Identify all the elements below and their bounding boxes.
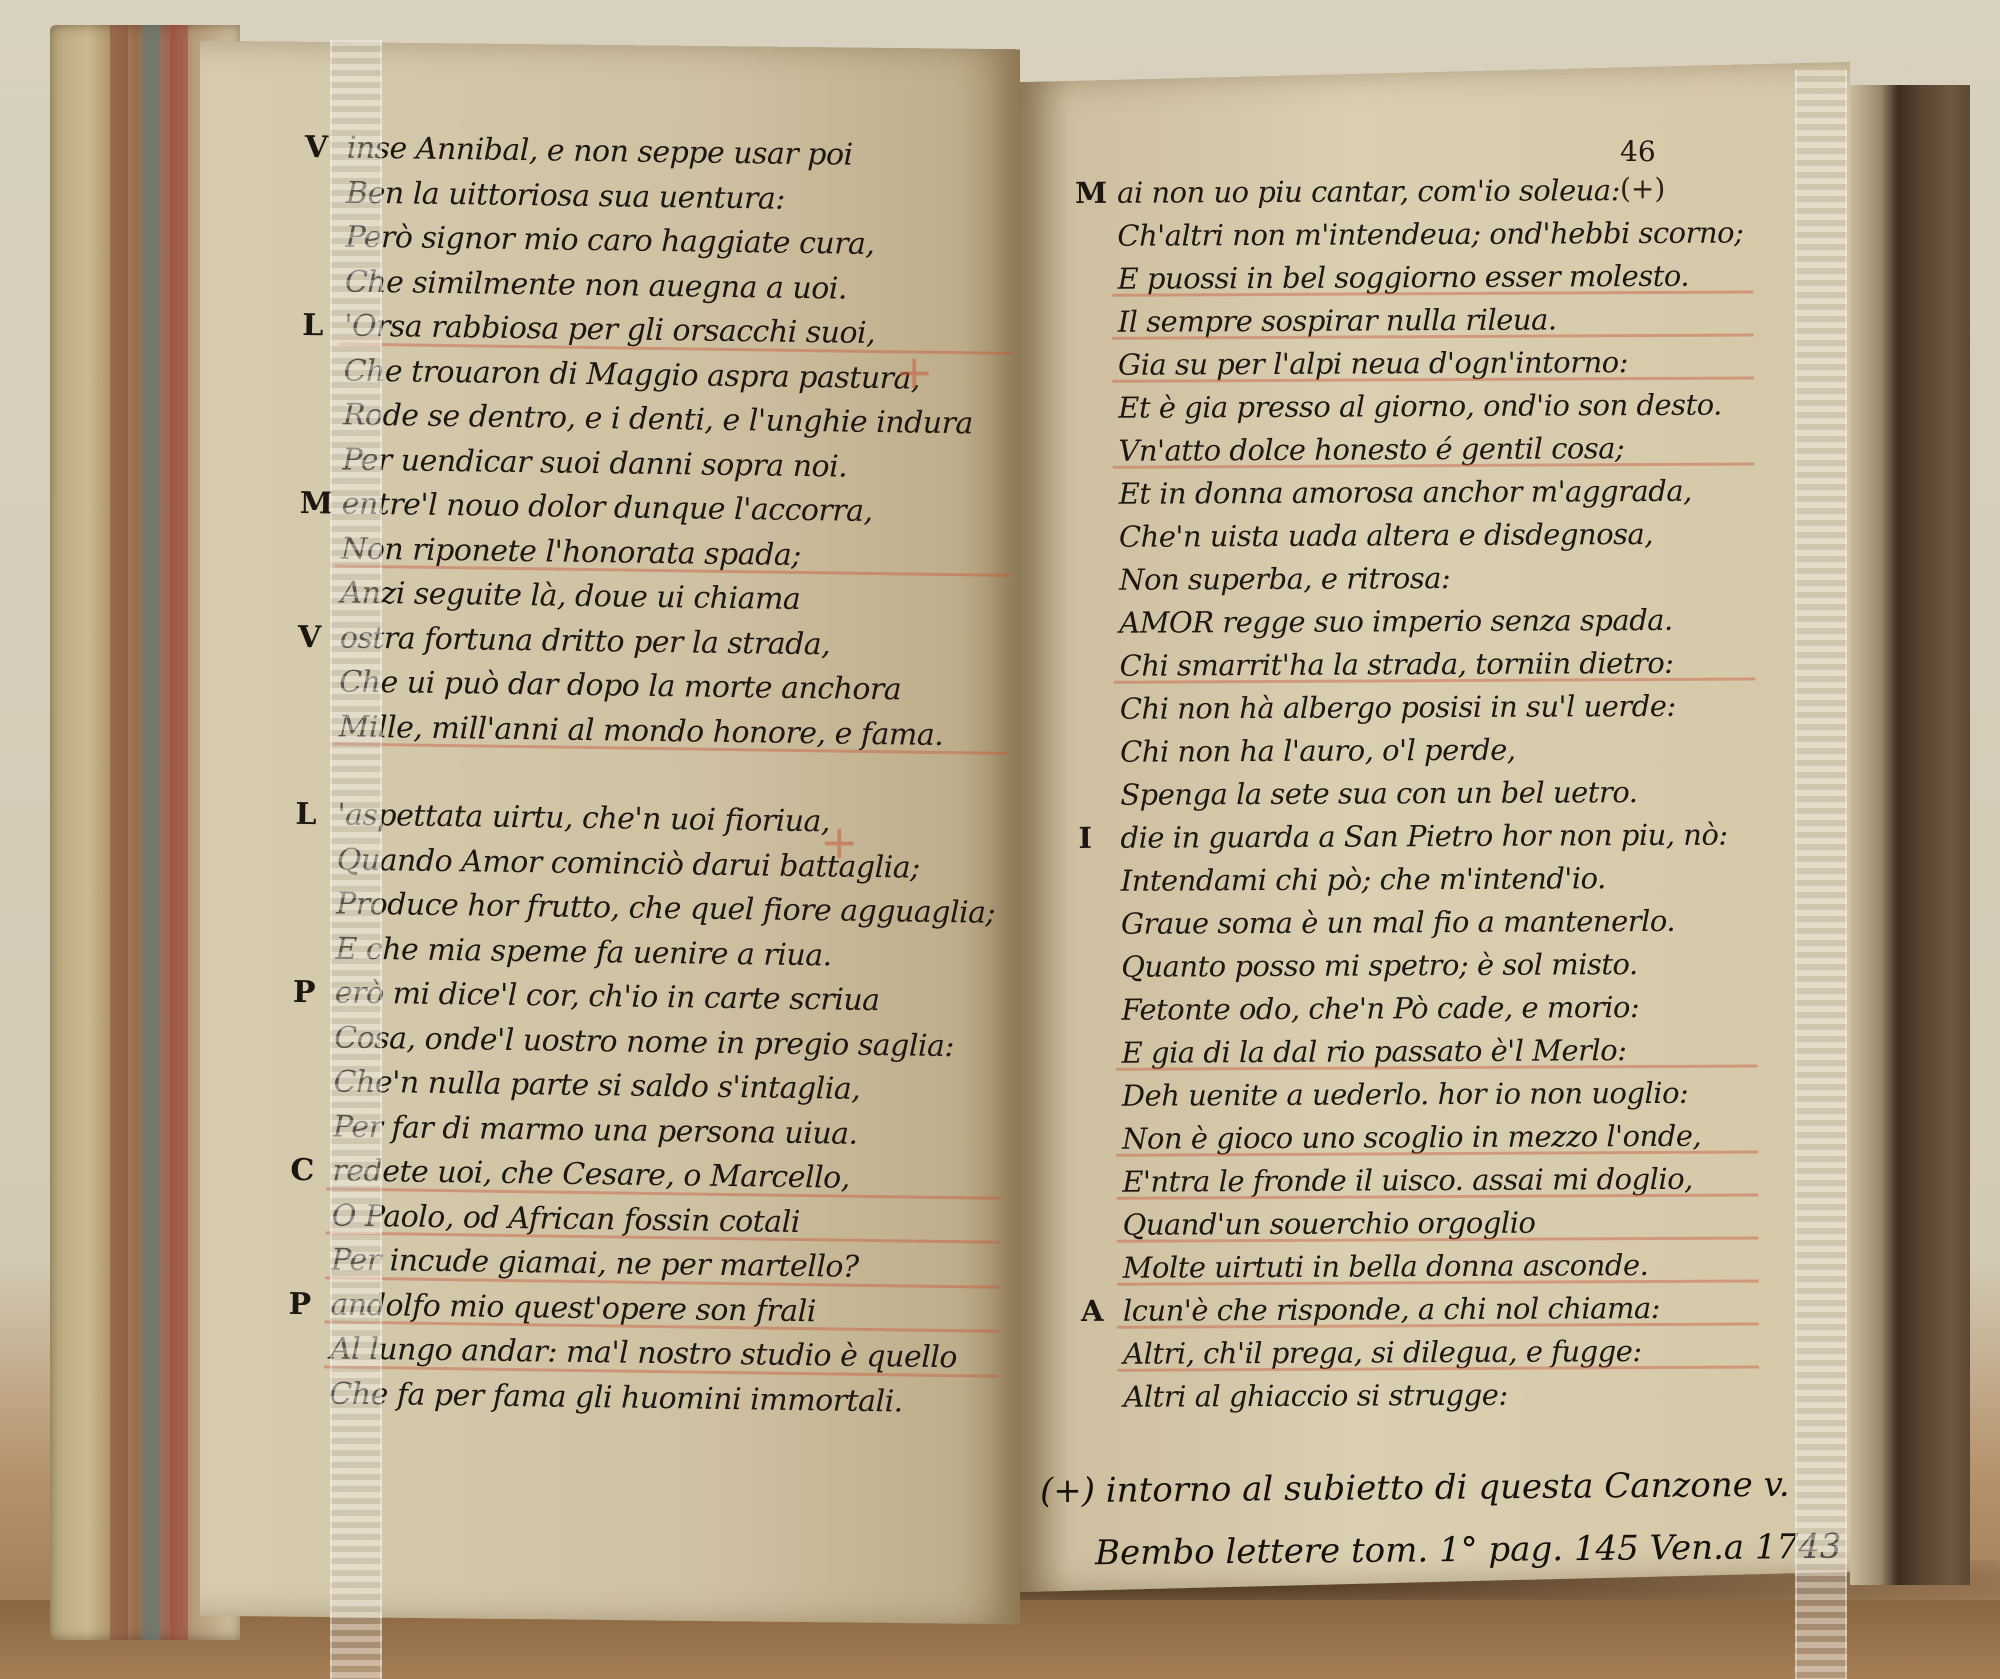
verse-text: Quanto posso mi spetro; è sol misto. — [1121, 947, 1638, 984]
stanza-initial: I — [1078, 817, 1120, 860]
verse-text: inse Annibal, e non seppe usar poi — [346, 131, 852, 173]
verse-line: E puossi in bel soggiorno esser molesto. — [1075, 255, 1743, 301]
verse-text: Che trouaron di Maggio aspra pastura, — [343, 353, 920, 396]
verse-text: erò mi dice'l cor, ch'io in carte scriua — [335, 976, 880, 1019]
red-cross-mark-icon: + — [820, 815, 859, 869]
verse-text: E che mia speme fa uenire a riua. — [335, 931, 832, 973]
ribbon-bookmark-left — [330, 40, 382, 1679]
verse-line: Intendami chi pò; che m'intend'io. — [1079, 856, 1747, 902]
right-cover-edge — [1850, 85, 1970, 1585]
decorated-edge-stripe — [110, 25, 128, 1640]
verse-text: Cosa, onde'l uostro nome in pregio sagli… — [334, 1020, 954, 1064]
verse-line: Quanto posso mi spetro; è sol misto. — [1079, 942, 1747, 988]
verse-text: Che similmente non auegna a uoi. — [345, 264, 848, 306]
stanza-initial: P — [293, 971, 336, 1016]
verse-line: Et in donna amorosa anchor m'aggrada, — [1077, 469, 1745, 515]
verse-line: Altri, ch'il prega, si dilegua, e fugge: — [1081, 1329, 1749, 1375]
verse-text: Et è gia presso al giorno, ond'io son de… — [1118, 388, 1722, 425]
verse-line: Spenga la sete sua con un bel uetro. — [1078, 770, 1746, 816]
verse-line: Chi smarrit'ha la strada, torniin dietro… — [1077, 641, 1745, 687]
verse-text: Gia su per l'alpi neua d'ogn'intorno: — [1118, 345, 1628, 382]
margin-mark: (+) — [1620, 172, 1665, 205]
verse-line: Altri al ghiaccio si strugge: — [1081, 1372, 1749, 1418]
handwritten-note-line-2: Bembo lettere tom. 1° pag. 145 Ven.a 174… — [1095, 1527, 1842, 1574]
verse-text: Però signor mio caro haggiate cura, — [345, 220, 875, 262]
right-page-verse: Mai non uo piu cantar, com'io soleua:Ch'… — [1075, 169, 1750, 1419]
verse-line: Graue soma è un mal fio a mantenerlo. — [1079, 899, 1747, 945]
verse-text: Fetonte odo, che'n Pò cade, e morio: — [1121, 990, 1639, 1027]
verse-line: Deh uenite a uederlo. hor io non uoglio: — [1080, 1071, 1748, 1117]
verse-line: Gia su per l'alpi neua d'ogn'intorno: — [1076, 340, 1744, 386]
verse-line: Idie in guarda a San Pietro hor non piu,… — [1078, 813, 1746, 859]
verse-line: Alcun'è che risponde, a chi nol chiama: — [1081, 1286, 1749, 1332]
verse-text: Molte uirtuti in bella donna asconde. — [1123, 1248, 1649, 1285]
verse-text: Che ui può dar dopo la morte anchora — [339, 665, 901, 708]
ribbon-bookmark-right — [1795, 70, 1847, 1679]
verse-text: Ch'altri non m'intendeua; ond'hebbi scor… — [1117, 216, 1743, 253]
verse-text: Spenga la sete sua con un bel uetro. — [1120, 775, 1637, 812]
verse-text: Chi smarrit'ha la strada, torniin dietro… — [1119, 646, 1673, 683]
decorated-edge-stripe — [142, 25, 160, 1640]
verse-text: Graue soma è un mal fio a mantenerlo. — [1121, 904, 1675, 941]
handwritten-note-line-1: (+) intorno al subietto di questa Canzon… — [1040, 1465, 1790, 1512]
verse-line: Non è gioco uno scoglio in mezzo l'onde, — [1080, 1114, 1748, 1160]
verse-text: Chi non ha l'auro, o'l perde, — [1120, 733, 1516, 769]
verse-text: Che fa per fama gli huomini immortali. — [329, 1376, 903, 1419]
verse-line: Non superba, e ritrosa: — [1077, 555, 1745, 601]
verse-text: Chi non hà albergo posisi in su'l uerde: — [1120, 689, 1676, 726]
verse-text: Altri, ch'il prega, si dilegua, e fugge: — [1123, 1334, 1642, 1371]
verse-text: Intendami chi pò; che m'intend'io. — [1121, 861, 1606, 898]
verse-text: die in guarda a San Pietro hor non piu, … — [1120, 818, 1727, 855]
red-cross-mark-icon: + — [895, 345, 934, 399]
left-page-verse: Vinse Annibal, e non seppe usar poiBen l… — [287, 126, 1006, 1426]
verse-text: AMOR regge suo imperio senza spada. — [1119, 603, 1673, 640]
verse-text: Per incude giamai, ne per martello? — [331, 1242, 859, 1284]
verse-text: andolfo mio quest'opere son frali — [330, 1287, 816, 1329]
verse-line: Quand'un souerchio orgoglio — [1080, 1200, 1748, 1246]
verse-text: Anzi seguite là, doue ui chiama — [340, 576, 800, 617]
verse-line: Il sempre sospirar nulla rileua. — [1076, 298, 1744, 344]
verse-line: Ch'altri non m'intendeua; ond'hebbi scor… — [1075, 212, 1743, 258]
verse-text: Et in donna amorosa anchor m'aggrada, — [1119, 474, 1692, 511]
verse-line: AMOR regge suo imperio senza spada. — [1077, 598, 1745, 644]
verse-text: Ben la uittoriosa sua uentura: — [346, 175, 785, 216]
verse-text: Quand'un souerchio orgoglio — [1122, 1206, 1535, 1242]
verse-text: E gia di la dal rio passato è'l Merlo: — [1122, 1033, 1627, 1070]
verse-text: O Paolo, od African fossin cotali — [332, 1198, 801, 1240]
verse-text: Deh uenite a uederlo. hor io non uoglio: — [1122, 1076, 1689, 1113]
verse-text: Mille, mill'anni al mondo honore, e fama… — [338, 709, 943, 752]
verse-text: Che'n nulla parte si saldo s'intaglia, — [333, 1064, 860, 1106]
decorated-edge-stripe — [170, 25, 188, 1640]
page-number: 46 — [1620, 135, 1656, 168]
verse-text: entre'l nouo dolor dunque l'accorra, — [341, 487, 872, 529]
stanza-initial: C — [290, 1149, 333, 1194]
verse-text: Che'n uista uada altera e disdegnosa, — [1119, 517, 1653, 554]
verse-text: 'Orsa rabbiosa per gli orsacchi suoi, — [344, 309, 875, 351]
verse-text: Per far di marmo una persona uiua. — [333, 1109, 858, 1151]
verse-text: Altri al ghiaccio si strugge: — [1123, 1378, 1507, 1414]
verse-line: E gia di la dal rio passato è'l Merlo: — [1080, 1028, 1748, 1074]
verse-line: Che'n uista uada altera e disdegnosa, — [1077, 512, 1745, 558]
verse-line: E'ntra le fronde il uisco. assai mi dogl… — [1080, 1157, 1748, 1203]
verse-text: Non riponete l'honorata spada; — [341, 531, 801, 572]
verse-text: lcun'è che risponde, a chi nol chiama: — [1123, 1291, 1660, 1328]
verse-text: E'ntra le fronde il uisco. assai mi dogl… — [1122, 1162, 1693, 1199]
verse-text: Produce hor frutto, che quel fiore aggua… — [336, 887, 996, 931]
verse-text: Al lungo andar: ma'l nostro studio è que… — [330, 1331, 958, 1375]
verse-text: Per uendicar suoi danni sopra noi. — [342, 442, 847, 484]
verse-text: ostra fortuna dritto per la strada, — [340, 620, 831, 662]
stanza-initial: P — [288, 1282, 331, 1327]
verse-line: Vn'atto dolce honesto é gentil cosa; — [1076, 426, 1744, 472]
verse-line: Fetonte odo, che'n Pò cade, e morio: — [1079, 985, 1747, 1031]
verse-line: Chi non ha l'auro, o'l perde, — [1078, 727, 1746, 773]
verse-text: Non è gioco uno scoglio in mezzo l'onde, — [1122, 1119, 1701, 1156]
verse-line: Et è gia presso al giorno, ond'io son de… — [1076, 383, 1744, 429]
verse-text: E puossi in bel soggiorno esser molesto. — [1117, 259, 1689, 296]
verse-text: redete uoi, che Cesare, o Marcello, — [332, 1153, 850, 1195]
stanza-initial: M — [1075, 172, 1117, 215]
verse-line: Molte uirtuti in bella donna asconde. — [1081, 1243, 1749, 1289]
verse-text: ai non uo piu cantar, com'io soleua: — [1117, 173, 1620, 210]
verse-text: Vn'atto dolce honesto é gentil cosa; — [1118, 431, 1624, 468]
verse-text: Il sempre sospirar nulla rileua. — [1118, 302, 1557, 338]
verse-text: 'aspettata uirtu, che'n uoi fioriua, — [337, 798, 830, 840]
verse-text: Non superba, e ritrosa: — [1119, 561, 1450, 597]
verse-line: Mille, mill'anni al mondo honore, e fama… — [296, 704, 998, 758]
stanza-initial: A — [1081, 1290, 1123, 1333]
verse-text: Rode se dentro, e i denti, e l'unghie in… — [343, 398, 973, 442]
verse-line: Chi non hà albergo posisi in su'l uerde: — [1078, 684, 1746, 730]
